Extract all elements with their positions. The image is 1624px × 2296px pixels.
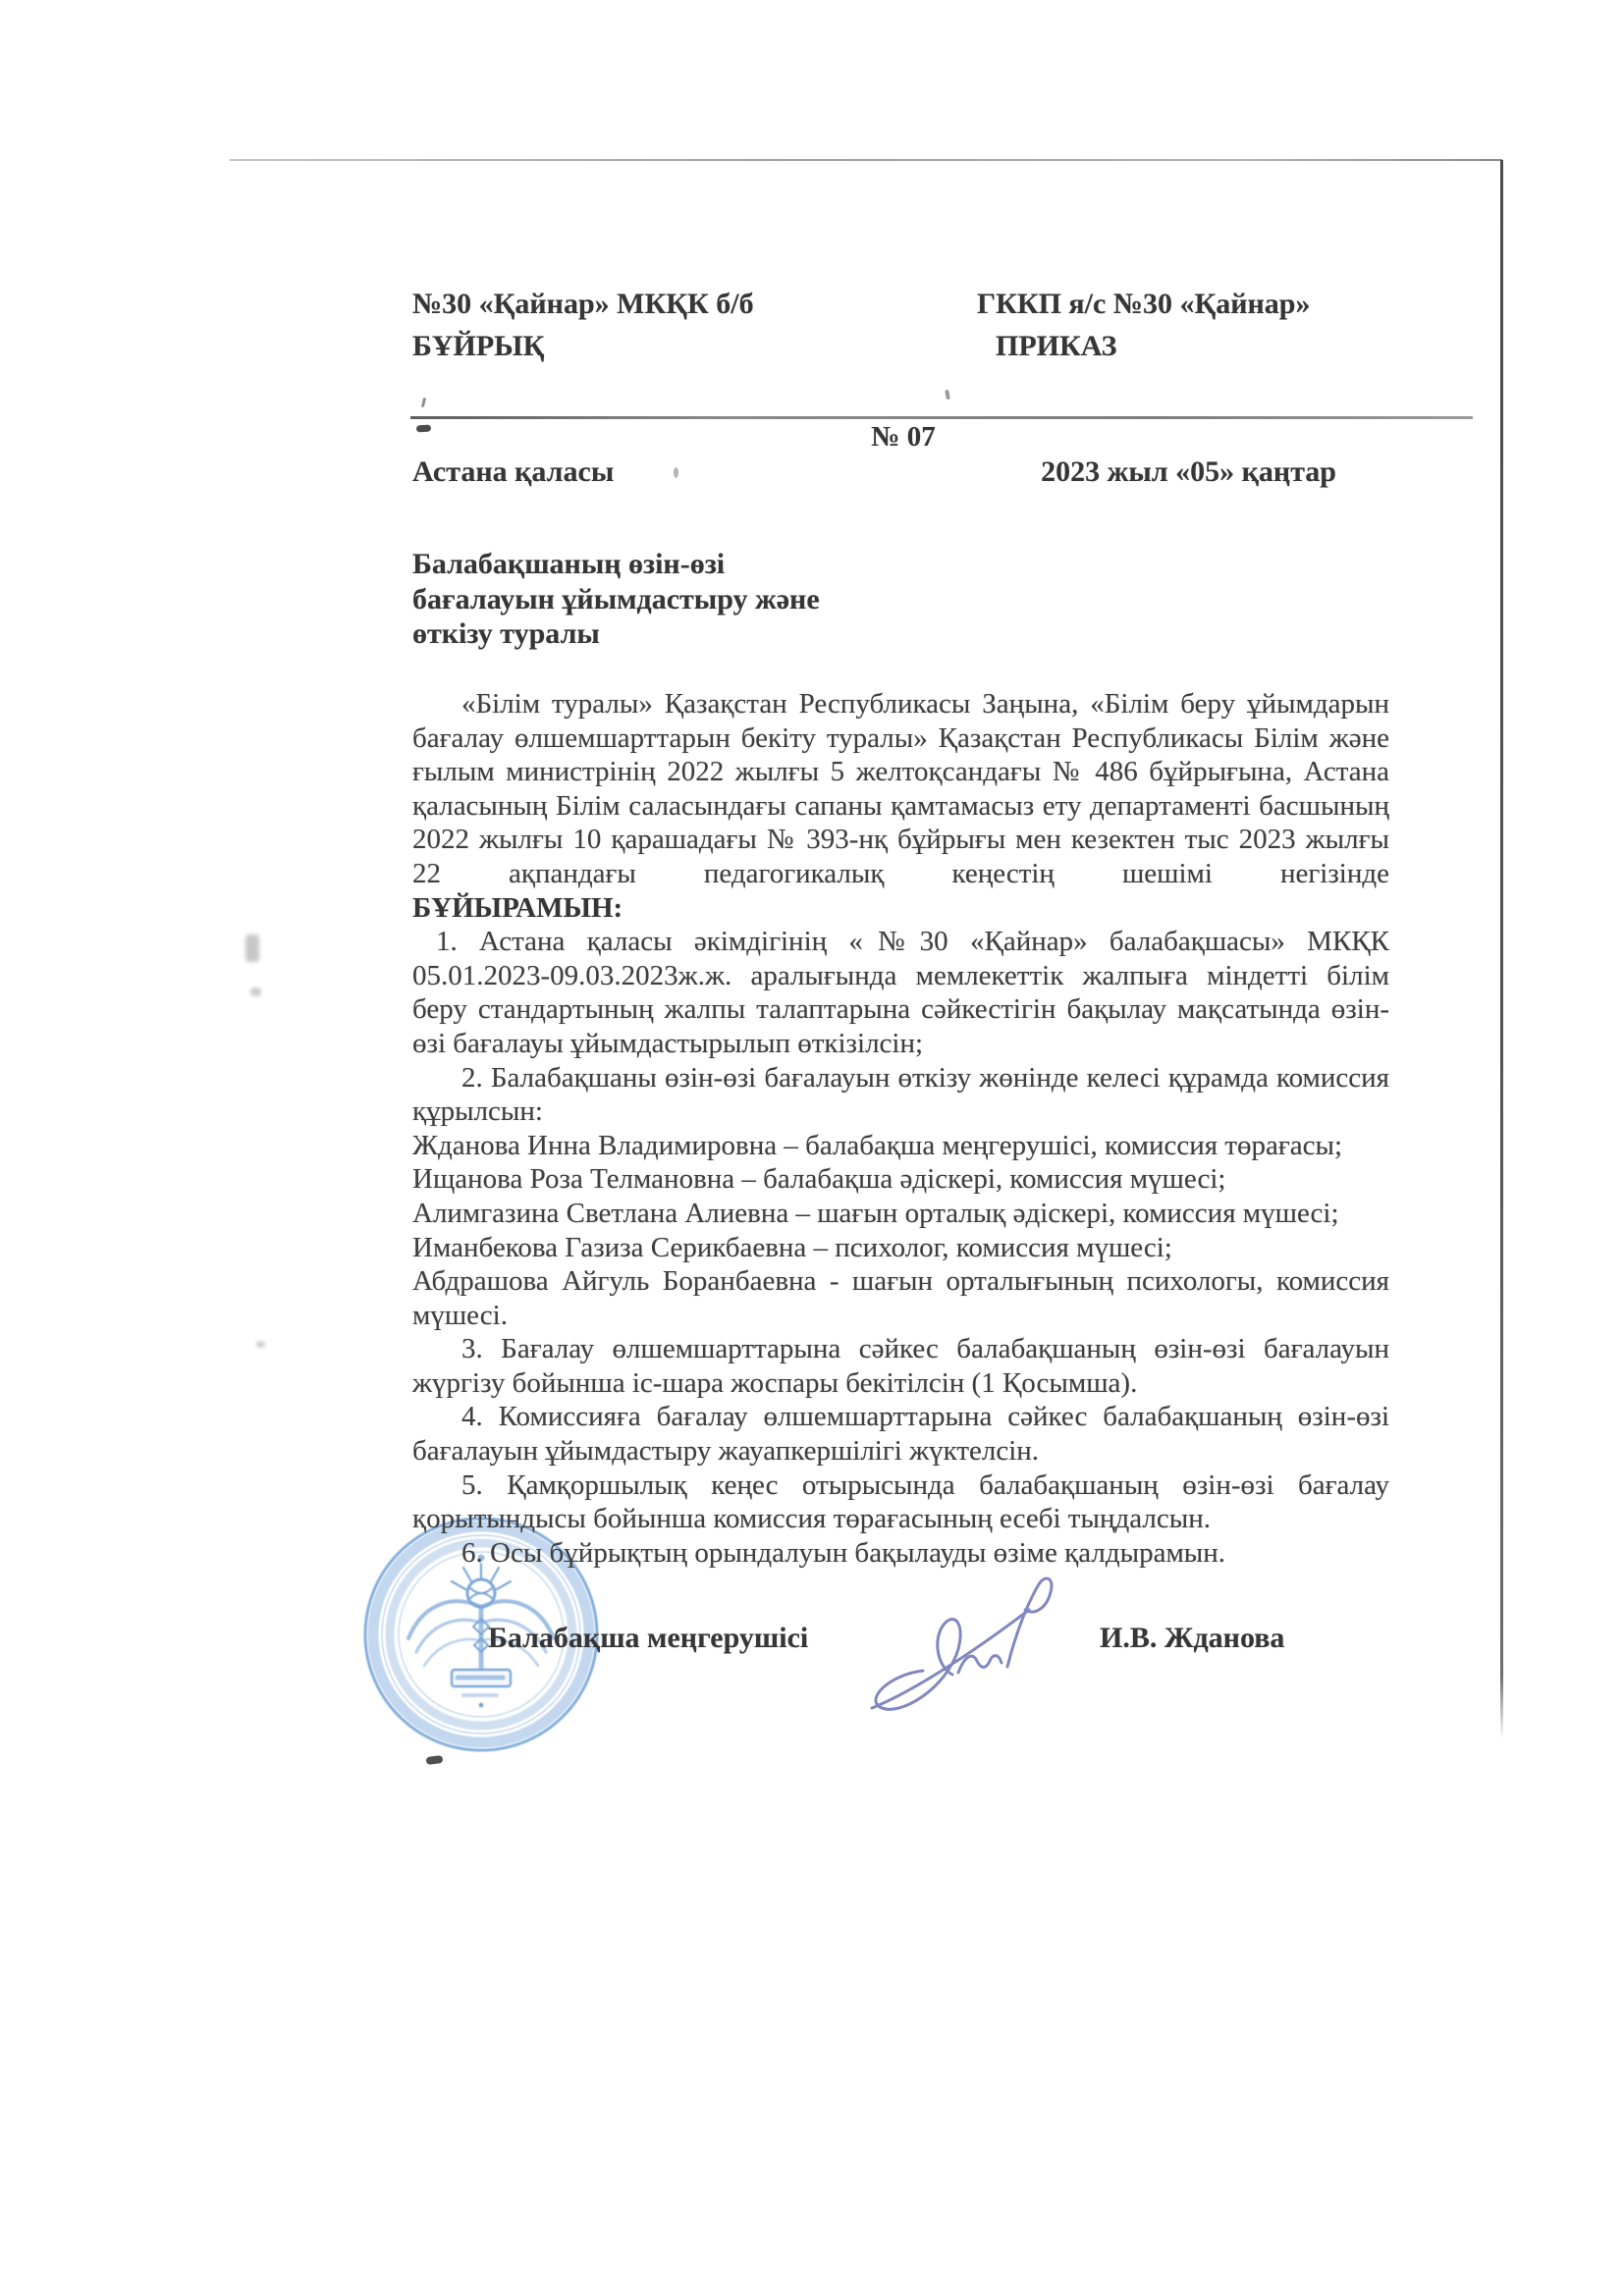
commission-member: Ищанова Роза Телмановна – балабақша әдіс…: [412, 1162, 1389, 1197]
scan-artifact: [416, 424, 431, 432]
order-item-3: 3. Бағалау өлшемшарттарына сәйкес балаба…: [412, 1332, 1389, 1400]
commission-member: Иманбекова Газиза Серикбаевна – психолог…: [412, 1231, 1389, 1265]
subject-line: өткізу туралы: [412, 616, 820, 652]
doc-type-russian: ПРИКАЗ: [977, 325, 1310, 367]
org-name-russian: ГККП я/с №30 «Қайнар»: [977, 283, 1310, 325]
signer-name: И.В. Жданова: [1100, 1622, 1284, 1655]
scan-artifact: [674, 467, 678, 478]
order-item-2: 2. Балабақшаны өзін-өзі бағалауын өткізу…: [412, 1061, 1389, 1129]
scan-artifact: [250, 988, 261, 996]
order-body: «Білім туралы» Қазақстан Республикасы За…: [412, 687, 1389, 1570]
scanned-order-document: №30 «Қайнар» МКҚК б/б БҰЙРЫҚ ГККП я/с №3…: [0, 0, 1624, 2296]
order-item-5: 5. Қамқоршылық кеңес отырысында балабақш…: [412, 1468, 1389, 1536]
order-subject: Балабақшаның өзін-өзі бағалауын ұйымдаст…: [412, 547, 820, 652]
subject-line: Балабақшаның өзін-өзі: [412, 547, 820, 582]
city-date-row: Астана қаласы 2023 жыл «05» қаңтар: [412, 455, 1336, 489]
order-item-6: 6. Осы бұйрықтың орындалуын бақылауды өз…: [412, 1536, 1389, 1571]
org-name-kazakh: №30 «Қайнар» МКҚК б/б: [412, 283, 754, 325]
order-item-1: 1. Астана қаласы әкімдігінің «№30 «Қайна…: [412, 925, 1389, 1060]
header-right: ГККП я/с №30 «Қайнар» ПРИКАЗ: [977, 283, 1310, 367]
order-number: № 07: [412, 421, 1394, 454]
preamble-paragraph: «Білім туралы» Қазақстан Республикасы За…: [412, 687, 1389, 891]
order-item-4: 4. Комиссияға бағалау өлшемшарттарына сә…: [412, 1400, 1389, 1468]
commission-member: Жданова Инна Владимировна – балабақша ме…: [412, 1129, 1389, 1163]
page-top-edge: [230, 159, 1502, 161]
scan-artifact: [426, 1755, 444, 1765]
city: Астана қаласы: [412, 455, 614, 489]
scan-artifact: [256, 1341, 265, 1348]
commission-member: Алимгазина Светлана Алиевна – шағын орта…: [412, 1197, 1389, 1231]
scan-artifact: [421, 398, 426, 407]
page-right-edge: [1500, 160, 1503, 1738]
signer-position: Балабақша меңгерушісі: [488, 1622, 808, 1655]
commission-member: Абдрашова Айгуль Боранбаевна - шағын орт…: [412, 1264, 1389, 1332]
order-date: 2023 жыл «05» қаңтар: [1041, 455, 1336, 489]
handwritten-signature: [862, 1571, 1073, 1728]
scan-artifact: [945, 390, 950, 400]
scan-artifact: [245, 934, 259, 962]
doc-type-kazakh: БҰЙРЫҚ: [412, 325, 754, 367]
resolve-word: БҰЙЫРАМЫН:: [412, 891, 1389, 926]
header-divider-line: [410, 416, 1473, 419]
subject-line: бағалауын ұйымдастыру және: [412, 582, 820, 617]
header-left: №30 «Қайнар» МКҚК б/б БҰЙРЫҚ: [412, 283, 754, 367]
